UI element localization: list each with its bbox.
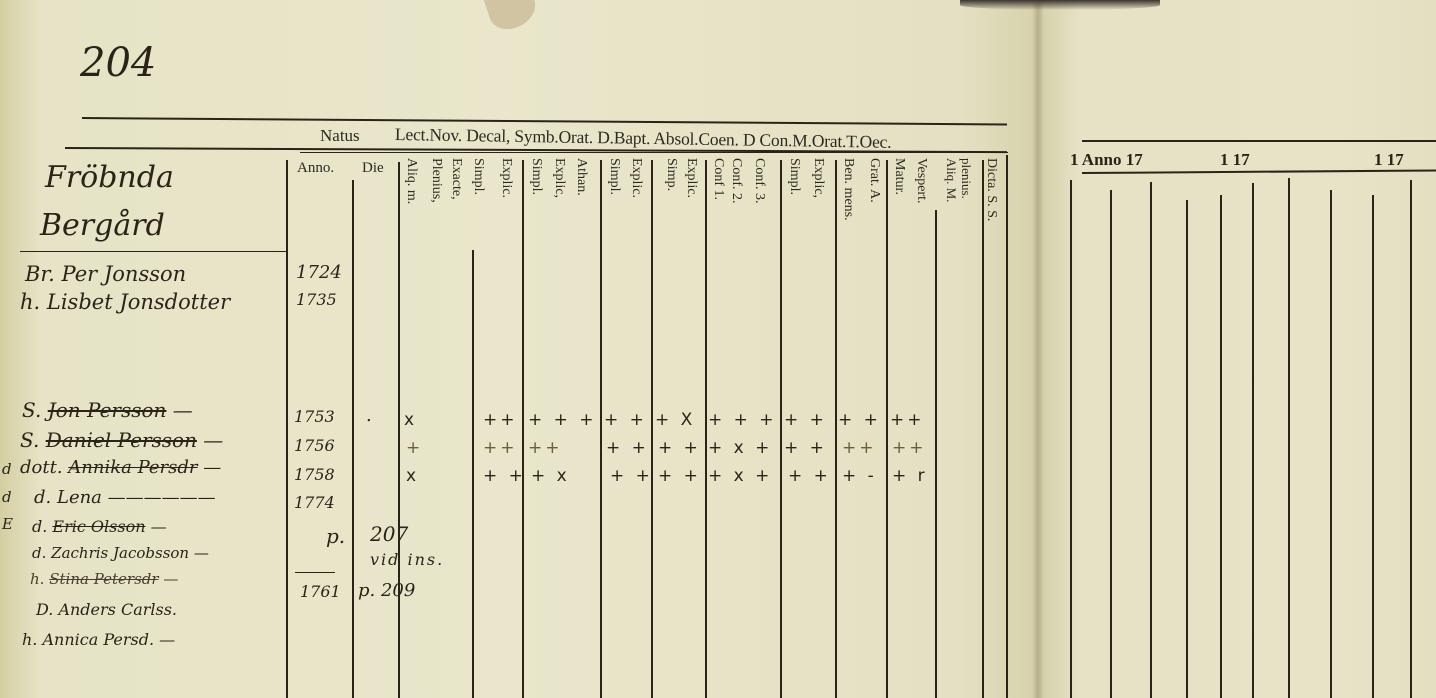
person-name: h. Stina Petersdr — xyxy=(30,570,178,588)
knowledge-marks: + + xyxy=(610,466,653,486)
column-line xyxy=(1372,195,1374,698)
column-head: Vespert. xyxy=(915,158,927,204)
column-head: Simpl. xyxy=(788,158,800,195)
knowledge-marks: + + xyxy=(483,466,526,486)
knowledge-marks: + + xyxy=(788,466,831,486)
knowledge-marks: ++ xyxy=(483,438,518,458)
thumb-shadow xyxy=(483,0,540,34)
column-head: Simp. xyxy=(665,158,677,191)
year-header: 1 17 xyxy=(1374,150,1404,170)
page-number: 204 xyxy=(80,40,156,86)
header-top-rule xyxy=(82,117,1007,125)
knowledge-marks: + - xyxy=(842,466,877,486)
column-head: Ben. mens. xyxy=(842,158,854,221)
column-line xyxy=(600,160,602,698)
column-head: Conf. 3. xyxy=(753,158,765,204)
column-line xyxy=(286,160,288,698)
column-head: Explic, xyxy=(553,158,565,198)
column-head: Explic, xyxy=(812,158,824,198)
column-head: Explic. xyxy=(630,158,642,198)
knowledge-marks: ++ xyxy=(483,410,518,430)
column-line xyxy=(705,160,707,698)
person-name: D. Anders Carlss. xyxy=(36,600,177,619)
birth-year: p. xyxy=(326,524,345,548)
knowledge-marks: + + xyxy=(604,410,647,430)
column-head: Explic. xyxy=(500,158,512,198)
person-name: h. Annica Persd. — xyxy=(22,630,175,649)
column-line xyxy=(1220,195,1222,698)
header-mid-rule-thick xyxy=(300,152,1008,153)
farm-name-line1: Fröbnda xyxy=(45,160,174,195)
knowledge-marks: ++ xyxy=(890,410,925,430)
page-reference: 207 xyxy=(370,522,408,546)
column-line xyxy=(472,250,474,698)
birth-year: 1724 xyxy=(296,262,342,283)
right-page: 1 Anno 17 1 17 1 17 xyxy=(1040,0,1436,698)
knowledge-marks: + + xyxy=(606,438,649,458)
header-top-rule xyxy=(1082,140,1436,142)
column-line xyxy=(835,160,837,698)
year-header: 1 17 xyxy=(1220,150,1250,170)
column-die: Die xyxy=(362,160,384,177)
page-reference: p. 209 xyxy=(358,580,415,601)
column-anno: Anno. xyxy=(297,160,334,177)
birth-year: 1753 xyxy=(294,407,335,426)
column-line xyxy=(935,210,937,698)
margin-note: d xyxy=(2,488,12,506)
column-head: Plenius, xyxy=(430,158,442,203)
person-name: S. Daniel Persson — xyxy=(20,428,223,452)
knowledge-marks: + + xyxy=(784,438,827,458)
column-head: plenius. xyxy=(960,158,972,199)
column-head: Aliq. m. xyxy=(405,158,417,204)
farm-name-underline xyxy=(20,251,286,252)
knowledge-marks: + x + xyxy=(708,438,772,458)
birth-year: 1761 xyxy=(300,582,341,601)
anno-header: 1 Anno 17 xyxy=(1070,150,1143,170)
column-line xyxy=(1110,190,1112,698)
column-head: Aliq. M. xyxy=(945,158,957,202)
knowledge-marks: x xyxy=(406,466,419,486)
knowledge-marks: + xyxy=(406,438,423,458)
birth-year: 1756 xyxy=(294,436,335,455)
column-head: Conf 1. xyxy=(712,158,724,200)
person-name: d. Lena —————— xyxy=(34,487,216,508)
book-spine xyxy=(1032,0,1044,698)
person-name: d. Zachris Jacobsson — xyxy=(32,544,209,562)
column-head: Matur. xyxy=(893,158,905,195)
knowledge-marks: + r xyxy=(892,466,928,486)
birth-year: 1735 xyxy=(296,290,337,309)
birth-year: 1774 xyxy=(294,493,335,512)
column-head: Grat. A. xyxy=(868,158,880,203)
knowledge-marks: + + xyxy=(658,438,701,458)
knowledge-marks: + + + xyxy=(528,410,597,430)
column-line xyxy=(398,162,400,698)
column-line xyxy=(1410,180,1412,698)
knowledge-marks: + + xyxy=(658,466,701,486)
person-name: Br. Per Jonsson xyxy=(25,262,186,286)
column-line xyxy=(1070,180,1072,698)
knowledge-marks: + + xyxy=(838,410,881,430)
remark: vid ins. xyxy=(370,550,444,569)
person-name: h. Lisbet Jonsdotter xyxy=(20,290,230,314)
person-name: S. Jon Persson — xyxy=(22,398,193,422)
column-line xyxy=(982,160,984,698)
knowledge-marks: ++ xyxy=(892,438,927,458)
farm-name-line2: Bergård xyxy=(40,208,165,243)
column-line xyxy=(522,160,524,698)
knowledge-marks: + X xyxy=(655,410,695,430)
column-line xyxy=(780,160,782,698)
column-line xyxy=(1330,190,1332,698)
knowledge-marks: + + xyxy=(784,410,827,430)
person-name: dott. Annika Persdr — xyxy=(20,457,221,478)
column-head: Dicta. S. S. xyxy=(985,158,997,221)
birth-die: . xyxy=(366,405,372,426)
knowledge-marks: + x xyxy=(531,466,570,486)
header-natus: Natus xyxy=(320,126,360,146)
column-line xyxy=(352,180,354,698)
column-line xyxy=(651,160,653,698)
knowledge-marks: + + + xyxy=(708,410,777,430)
header-bottom-rule xyxy=(1082,170,1436,174)
column-head: Explic. xyxy=(685,158,697,198)
knowledge-marks: ++ xyxy=(842,438,877,458)
knowledge-marks: ++ xyxy=(528,438,563,458)
dash xyxy=(295,572,335,573)
column-line xyxy=(1252,183,1254,698)
person-name: d. Eric Olsson — xyxy=(32,517,167,536)
column-head: Simpl. xyxy=(608,158,620,195)
column-head: Athan. xyxy=(575,158,587,196)
knowledge-marks: x xyxy=(404,410,417,430)
binding-shadow xyxy=(960,0,1160,10)
column-line xyxy=(1150,182,1152,698)
column-line xyxy=(1288,178,1290,698)
margin-note: d xyxy=(2,460,12,478)
column-head: Exacte, xyxy=(450,158,462,200)
birth-year: 1758 xyxy=(294,465,335,484)
column-line xyxy=(886,160,888,698)
column-head: Simpl. xyxy=(472,158,484,195)
column-head: Simpl. xyxy=(530,158,542,195)
left-page: 204 Natus Lect.Nov. Decal, Symb.Orat. D.… xyxy=(0,0,1040,698)
column-line xyxy=(1186,200,1188,698)
knowledge-marks: + x + xyxy=(708,466,772,486)
margin-note: E xyxy=(2,515,13,533)
column-line xyxy=(1006,155,1008,698)
column-head: Conf. 2. xyxy=(730,158,742,204)
